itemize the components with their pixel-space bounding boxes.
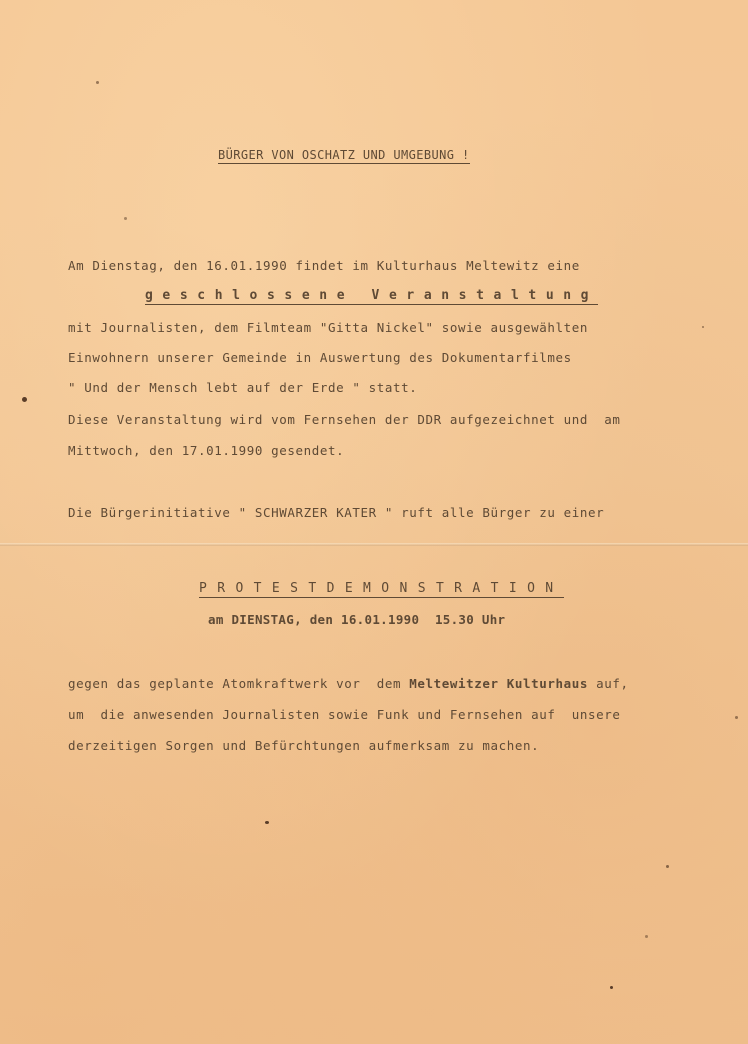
paper-fold-crease: [0, 543, 748, 546]
paragraph2-line3: derzeitigen Sorgen und Befürchtungen auf…: [68, 738, 539, 753]
paper-speck: [610, 986, 613, 989]
protest-headline: PROTESTDEMONSTRATION: [199, 581, 564, 598]
event-date-time: am DIENSTAG, den 16.01.1990 15.30 Uhr: [208, 612, 505, 627]
paragraph1-line3: mit Journalisten, dem Filmteam "Gitta Ni…: [68, 320, 588, 335]
document-title: BÜRGER VON OSCHATZ UND UMGEBUNG !: [218, 148, 470, 164]
paragraph1-line7: Mittwoch, den 17.01.1990 gesendet.: [68, 443, 344, 458]
paragraph1-line6: Diese Veranstaltung wird vom Fernsehen d…: [68, 412, 621, 427]
location-name: Meltewitzer Kulturhaus: [409, 676, 588, 691]
paragraph1-line4: Einwohnern unserer Gemeinde in Auswertun…: [68, 350, 572, 365]
paper-speck: [22, 397, 27, 402]
paper-speck: [702, 326, 704, 328]
paper-speck: [96, 81, 99, 84]
closed-event-heading: geschlossene Veranstaltung: [145, 288, 598, 305]
paragraph2-line1: gegen das geplante Atomkraftwerk vor dem…: [68, 676, 629, 691]
paragraph2-line2: um die anwesenden Journalisten sowie Fun…: [68, 707, 621, 722]
document-page: BÜRGER VON OSCHATZ UND UMGEBUNG ! Am Die…: [0, 0, 748, 1044]
paragraph2-line1-pre: gegen das geplante Atomkraftwerk vor dem: [68, 676, 409, 691]
paper-speck: [735, 716, 738, 719]
paper-speck: [265, 821, 269, 824]
paragraph1-line5: " Und der Mensch lebt auf der Erde " sta…: [68, 380, 417, 395]
paper-speck: [124, 217, 127, 220]
paper-speck: [666, 865, 669, 868]
citizens-initiative-call: Die Bürgerinitiative " SCHWARZER KATER "…: [68, 505, 604, 520]
paper-speck: [645, 935, 648, 938]
paragraph2-line1-post: auf,: [588, 676, 629, 691]
paragraph1-line1: Am Dienstag, den 16.01.1990 findet im Ku…: [68, 258, 580, 273]
